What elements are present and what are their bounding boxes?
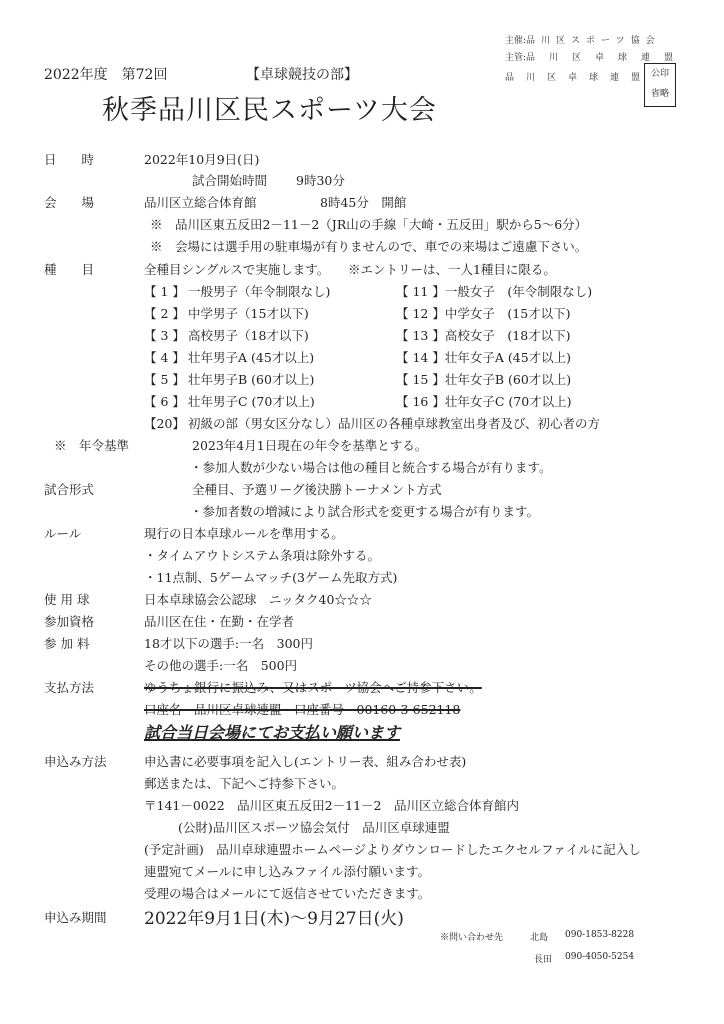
event-item: 【 15 】壮年女子B (60才以上) xyxy=(396,370,571,388)
event-number: 【 2 】 xyxy=(144,304,188,322)
event-number: 【 13 】 xyxy=(396,328,445,343)
application-recipient: (公財)品川区スポーツ協会気付 品川区卓球連盟 xyxy=(178,818,450,836)
fee-junior: 18才以下の選手:一名 300円 xyxy=(144,634,313,652)
application-address: 〒141－0022 品川区東五反田2－11－2 品川区立総合体育館内 xyxy=(144,796,519,814)
seal-line2: 省略 xyxy=(645,84,675,104)
application-line: 受理の場合はメールにて返信させていただきます。 xyxy=(144,884,430,902)
rules-text: 現行の日本卓球ルールを準用する。 xyxy=(144,524,344,542)
event-name: 壮年男子B (60才以上) xyxy=(188,372,314,387)
event-item: 【 5 】壮年男子B (60才以上) xyxy=(144,370,314,388)
rules-note-games: ・11点制、5ゲームマッチ(3ゲーム先取方式) xyxy=(144,568,397,586)
contact-name: 長田 xyxy=(534,952,552,965)
event-name: 壮年女子B (60才以上) xyxy=(445,372,571,387)
fee-other: その他の選手:一名 500円 xyxy=(144,656,297,674)
event-number: 【 16 】 xyxy=(396,394,445,409)
payment-label: 支払方法 xyxy=(44,678,94,696)
rules-label: ルール xyxy=(44,524,81,542)
event-name: 一般男子（年令制限なし) xyxy=(188,284,330,299)
event-name: 中学女子 (15才以下) xyxy=(445,306,571,321)
event-item: 【 13 】高校女子 (18才以下) xyxy=(396,326,571,344)
event-item: 【 3 】高校男子（18才以下) xyxy=(144,326,309,344)
application-line: (予定計画) 品川卓球連盟ホームページよりダウンロードしたエクセルファイルに記入… xyxy=(144,840,641,858)
start-time: 9時30分 xyxy=(296,171,345,189)
format-text: 全種目、予選リーグ後決勝トーナメント方式 xyxy=(192,480,442,498)
venue-label: 会 場 xyxy=(44,193,94,211)
payment-old-method: ゆうちょ銀行に振込み、又はスポーツ協会へご持参下さい。 xyxy=(144,678,482,696)
contact-name: 北島 xyxy=(530,930,548,943)
application-line: 郵送または、下記へご持参下さい。 xyxy=(144,774,344,792)
event-item: 【 6 】壮年男子C (70才以上) xyxy=(144,392,315,410)
event-item: 【 2 】中学男子（15才以下) xyxy=(144,304,309,322)
ball-label: 使 用 球 xyxy=(44,590,89,608)
start-time-label: 試合開始時間 xyxy=(192,171,267,189)
event-name: 壮年男子C (70才以上) xyxy=(188,394,315,409)
contact-prefix: ※問い合わせ先 xyxy=(440,930,503,943)
event-item-beginner: 【20】初級の部（男女区分なし）品川区の各種卓球教室出身者及び、初心者の方 xyxy=(144,414,600,432)
events-label: 種 目 xyxy=(44,260,94,278)
event-name: 壮年女子C (70才以上) xyxy=(445,394,572,409)
event-name: 壮年女子A (45才以上) xyxy=(445,350,571,365)
event-number: 【 3 】 xyxy=(144,326,188,344)
event-number: 【 14 】 xyxy=(396,350,445,365)
seal-line1: 公印 xyxy=(645,64,675,84)
organizer-host: 主催:品川区スポーツ協会 xyxy=(505,33,661,46)
application-line: 申込書に必要事項を記入し(エントリー表、組み合わせ表) xyxy=(144,752,466,770)
contact-phone: 090-4050-5254 xyxy=(565,952,634,962)
event-name: 高校男子（18才以下) xyxy=(188,328,309,343)
page-title: 秋季品川区民スポーツ大会 xyxy=(102,88,437,127)
event-number: 【 11 】 xyxy=(396,284,445,299)
event-number: 【 1 】 xyxy=(144,282,188,300)
manager-name: 品川区卓球連盟 xyxy=(526,53,687,63)
fee-label: 参 加 料 xyxy=(44,634,89,652)
format-note: ・参加者数の増減により試合形式を変更する場合が有ります。 xyxy=(190,502,539,520)
format-label: 試合形式 xyxy=(44,480,94,498)
year-edition: 2022年度 第72回 xyxy=(44,64,167,84)
seal-omitted-box: 公印 省略 xyxy=(644,63,676,107)
payment-old-account: 口座名 品川区卓球連盟 口座番号 00160-3-652118 xyxy=(144,700,460,718)
event-number: 【 4 】 xyxy=(144,348,188,366)
venue-open-time: 8時45分 開館 xyxy=(320,193,406,211)
event-item: 【 12 】中学女子 (15才以下) xyxy=(396,304,571,322)
event-date: 2022年10月9日(日) xyxy=(144,150,259,168)
host-label: 主催: xyxy=(505,36,526,46)
event-name: 中学男子（15才以下) xyxy=(188,306,309,321)
event-item: 【 1 】一般男子（年令制限なし) xyxy=(144,282,330,300)
age-basis-text: 2023年4月1日現在の年令を基準とする。 xyxy=(192,436,427,454)
event-name: 高校女子 (18才以下) xyxy=(445,328,571,343)
event-number: 【 6 】 xyxy=(144,392,188,410)
event-name: 初級の部（男女区分なし）品川区の各種卓球教室出身者及び、初心者の方 xyxy=(188,416,600,431)
venue-address: ※ 品川区東五反田2－11－2（JR山の手線「大崎・五反田」駅から5～6分） xyxy=(150,215,587,233)
event-name: 一般女子 (年令制限なし) xyxy=(445,284,592,299)
age-basis-note: ・参加人数が少ない場合は他の種目と統合する場合が有ります。 xyxy=(190,458,552,476)
period-label: 申込み期間 xyxy=(44,908,107,926)
datetime-label: 日 時 xyxy=(44,150,94,168)
event-item: 【 14 】壮年女子A (45才以上) xyxy=(396,348,571,366)
issuer: 品川区卓球連盟 xyxy=(505,70,652,83)
age-basis-label: ※ 年令基準 xyxy=(54,436,129,454)
event-number: 【 5 】 xyxy=(144,370,188,388)
manager-label: 主管: xyxy=(505,53,526,63)
application-label: 申込み方法 xyxy=(44,752,107,770)
contact-phone: 090-1853-8228 xyxy=(565,930,634,940)
event-item: 【 4 】壮年男子A (45才以上) xyxy=(144,348,314,366)
organizer-manager: 主管:品川区卓球連盟 xyxy=(505,50,687,63)
eligibility-label: 参加資格 xyxy=(44,612,94,630)
events-intro: 全種目シングルスで実施します。 ※エントリーは、一人1種目に限る。 xyxy=(144,260,556,278)
ball-text: 日本卓球協会公認球 ニッタク40☆☆☆ xyxy=(144,590,372,608)
rules-note-timeout: ・タイムアウトシステム条項は除外する。 xyxy=(144,546,380,564)
application-line: 連盟宛てメールに申し込みファイル添付願います。 xyxy=(144,862,430,880)
venue-name: 品川区立総合体育館 xyxy=(144,193,257,211)
event-item: 【 16 】壮年女子C (70才以上) xyxy=(396,392,572,410)
event-number: 【 12 】 xyxy=(396,306,445,321)
event-name: 壮年男子A (45才以上) xyxy=(188,350,314,365)
application-period: 2022年9月1日(木)～9月27日(火) xyxy=(144,904,404,929)
venue-parking-note: ※ 会場には選手用の駐車場が有りませんので、車での来場はご遠慮下さい。 xyxy=(150,237,587,255)
event-item: 【 11 】一般女子 (年令制限なし) xyxy=(396,282,592,300)
payment-current-method: 試合当日会場にてお支払い願います xyxy=(144,720,400,743)
event-number: 【 15 】 xyxy=(396,372,445,387)
division: 【卓球競技の部】 xyxy=(246,64,358,84)
event-number: 【20】 xyxy=(144,414,188,432)
eligibility-text: 品川区在住・在勤・在学者 xyxy=(144,612,294,630)
host-name: 品川区スポーツ協会 xyxy=(526,36,661,46)
